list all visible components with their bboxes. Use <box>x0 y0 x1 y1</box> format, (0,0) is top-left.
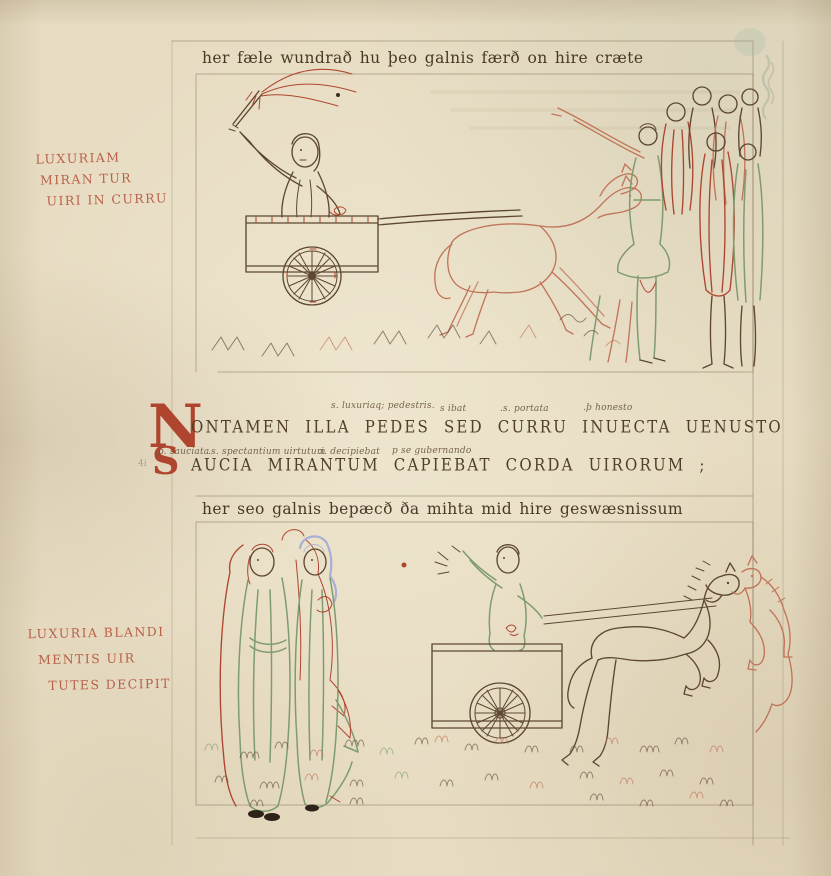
margin-note-luxuriam: LUXURIAM MIRAN TUR UIRI IN CURRU <box>35 145 168 211</box>
grass-tufts <box>205 736 733 806</box>
gloss-segment: .s. portata <box>500 404 549 414</box>
chariot-wheel <box>283 247 341 305</box>
luxuria-figure <box>229 125 346 217</box>
draught-horses <box>435 164 642 337</box>
margin-note-line: TUTES DECIPIT <box>28 671 171 699</box>
margin-note-line: UIRI IN CURRU <box>36 187 168 211</box>
verse-line-1: ONTAMEN ILLA PEDES SED CURRU INUECTA UEN… <box>191 417 783 437</box>
rearing-horses <box>562 556 792 766</box>
ink-dot <box>336 93 340 97</box>
verse-line-2: AUCIA MIRANTUM CAPIEBAT CORDA UIRORUM ; <box>191 455 707 475</box>
illustration-bottom <box>205 530 792 821</box>
manuscript-artwork <box>0 0 831 876</box>
margin-note-line: MENTIS UIR <box>28 645 171 673</box>
manuscript-page: her fæle wundrað hu þeo galnis færð on h… <box>0 0 831 876</box>
caption-top: her fæle wundrað hu þeo galnis færð on h… <box>202 49 643 67</box>
virtues-group <box>220 530 358 821</box>
ground-hatching <box>212 314 620 356</box>
margin-note-luxuria-blandimentis: LUXURIA BLANDI MENTIS UIR TUTES DECIPIT <box>27 619 171 699</box>
margin-note-line: LUXURIA BLANDI <box>27 619 170 647</box>
gloss-segment: s. luxuriaq; pedestris. <box>331 401 435 411</box>
gloss-segment: s ibat <box>440 404 466 414</box>
caption-bottom: her seo galnis bepæcð ða mihta mid hire … <box>202 500 683 518</box>
whip-icon <box>233 69 356 126</box>
ruling-lines <box>172 41 790 845</box>
margin-line-mark: 4i <box>138 459 147 469</box>
chariot-wheel-2 <box>470 683 530 743</box>
ink-dot-red <box>402 563 407 568</box>
chariot <box>246 210 522 272</box>
bleed-through-mark <box>430 28 774 128</box>
gloss-segment: .þ honesto <box>583 403 632 413</box>
illustration-top <box>212 69 763 368</box>
